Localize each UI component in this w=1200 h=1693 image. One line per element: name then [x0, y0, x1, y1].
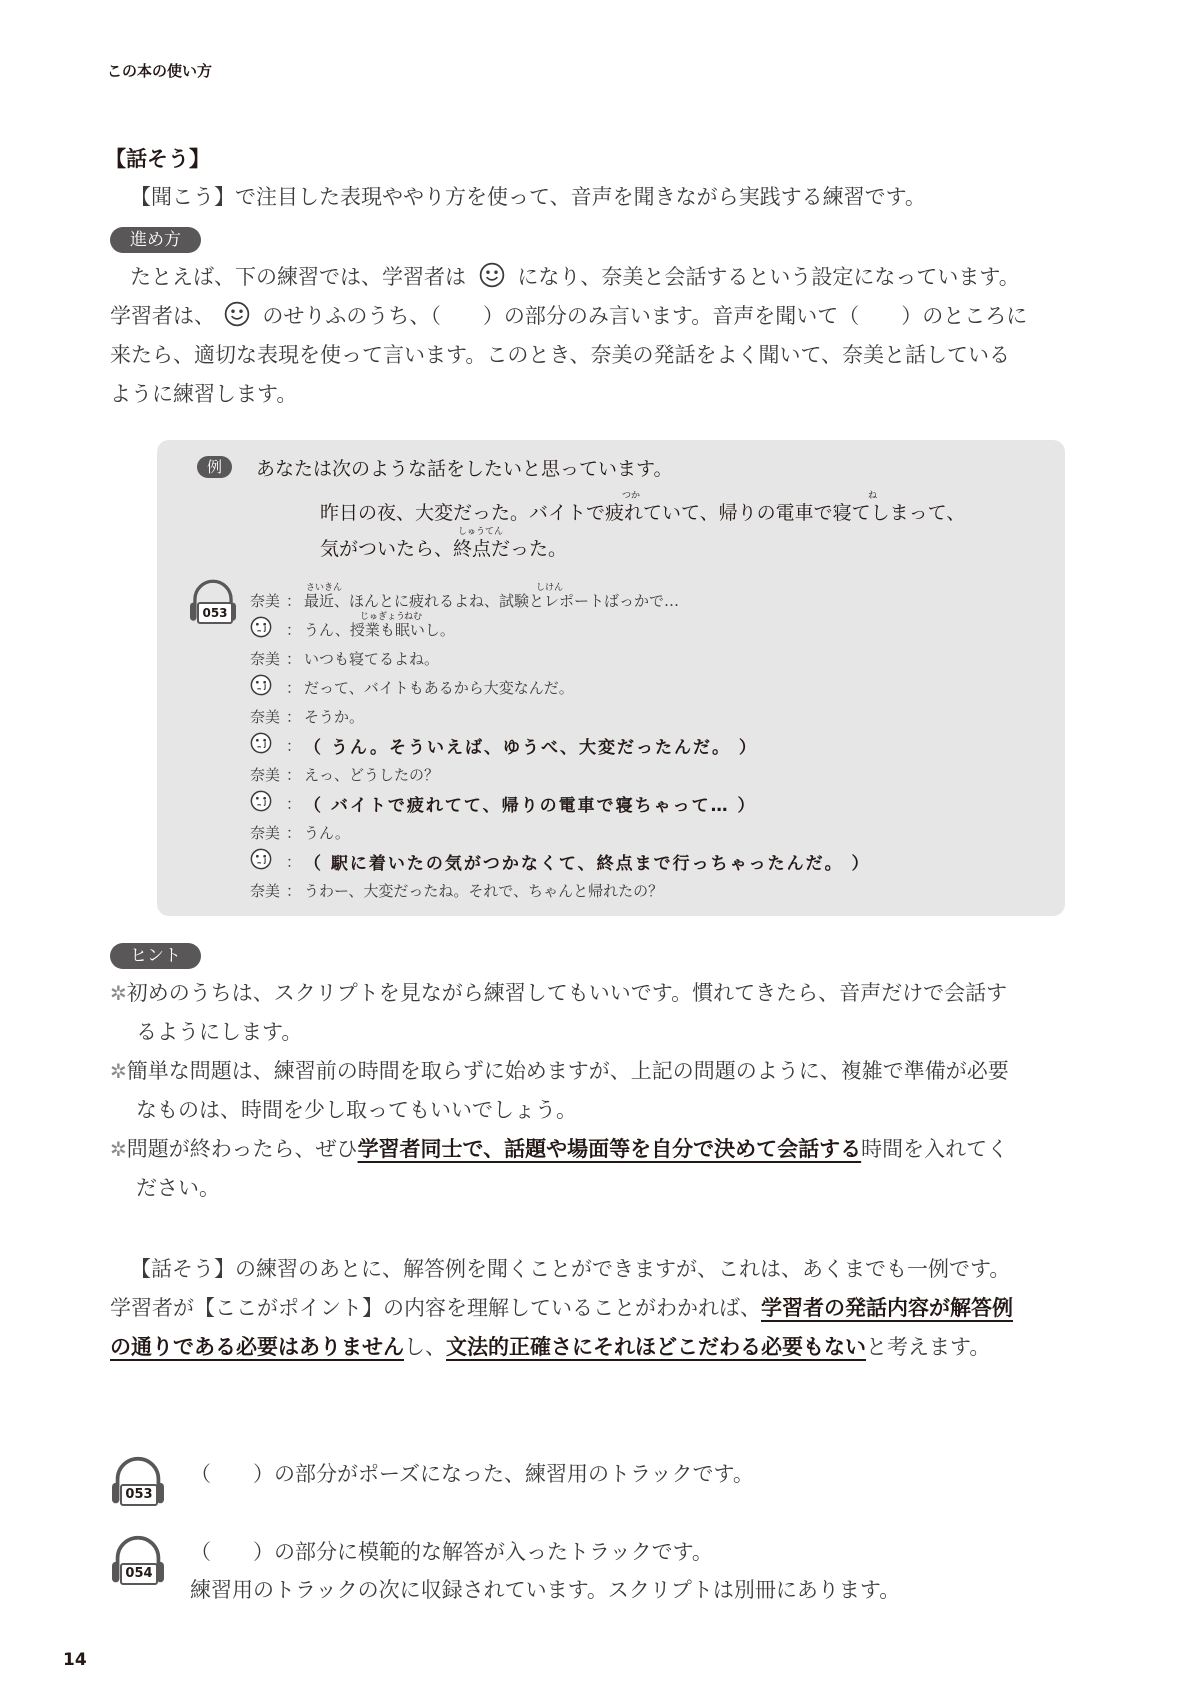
learner-face-icon	[250, 848, 272, 870]
hint-item-3: ✲問題が終わったら、ぜひ学習者同士で、話題や場面等を自分で決めて会話する時間を入…	[110, 1130, 1008, 1169]
colon: ：	[286, 851, 304, 872]
dialogue-text: いつも寝てるよね。	[304, 648, 439, 669]
track-053-audio-icon[interactable]: 053	[110, 1455, 166, 1507]
dialogue-line-answer: ： （ うん。そういえば、ゆうべ、大変だったんだ。 ）	[250, 731, 758, 759]
learner-face-icon	[250, 616, 272, 638]
procedure-line-1-before: たとえば、下の練習では、学習者は	[130, 265, 466, 289]
procedure-line-2-after: のせりふのうち、（ ）の部分のみ言います。音声を聞いて（ ）のところに	[262, 304, 1027, 328]
colon: ：	[286, 590, 304, 611]
dialogue-text: えっ、どうしたの？	[304, 764, 439, 785]
dialogue-line: 奈美 ： えっ、どうしたの？	[250, 760, 439, 788]
colon: ：	[286, 677, 304, 698]
answer-text: （ 駅に着いたの気がつかなくて、終点まで行っちゃったんだ。 ）	[304, 849, 871, 874]
ruby-tsuka: つか	[622, 488, 640, 501]
dialogue-text: だって、バイトもあるから大変なんだ。	[304, 677, 574, 698]
answer-text: （ うん。そういえば、ゆうべ、大変だったんだ。 ）	[304, 733, 758, 758]
colon: ：	[286, 619, 304, 640]
track-number: 054	[120, 1563, 158, 1585]
dialogue-line-answer: ： （ バイトで疲れてて、帰りの電車で寝ちゃって… ）	[250, 789, 757, 817]
track-054-description-2: 練習用のトラックの次に収録されています。スクリプトは別冊にあります。	[190, 1571, 900, 1609]
hint-text: 時間を入れてく	[861, 1137, 1008, 1161]
colon: ：	[286, 735, 304, 756]
procedure-line-3: 来たら、適切な表現を使って言います。このとき、奈美の発話をよく聞いて、奈美と話し…	[110, 336, 1010, 375]
example-intro: あなたは次のような話をしたいと思っています。	[256, 454, 672, 481]
speaker-nami: 奈美	[250, 706, 286, 727]
track-053-description: （ ）の部分がポーズになった、練習用のトラックです。	[190, 1455, 754, 1493]
flower-bullet-icon: ✲	[110, 981, 127, 1005]
hint-text: 初めのうちは、スクリプトを見ながら練習してもいいです。慣れてきたら、音声だけで会…	[127, 981, 1007, 1005]
note-line-1: 【話そう】の練習のあとに、解答例を聞くことができますが、これは、あくまでも一例で…	[130, 1250, 1010, 1289]
note-text: 学習者が【ここがポイント】の内容を理解していることがわかれば、	[110, 1296, 761, 1320]
note-text: し、	[404, 1335, 446, 1359]
dialogue-text: うん、授業も眠いし。	[304, 619, 455, 640]
hint-item-1: ✲初めのうちは、スクリプトを見ながら練習してもいいです。慣れてきたら、音声だけで…	[110, 974, 1007, 1013]
dialogue-text: うわー、大変だったね。それで、ちゃんと帰れたの？	[304, 880, 663, 901]
dialogue-line: 奈美 ： そうか。	[250, 702, 364, 730]
example-story-line-2: 気がついたら、終点だった。	[320, 534, 567, 561]
dialogue-line: ： だって、バイトもあるから大変なんだ。	[250, 673, 574, 701]
example-label: 例	[197, 456, 232, 478]
procedure-line-4: ように練習します。	[110, 375, 297, 414]
hint-item-2: ✲簡単な問題は、練習前の時間を取らずに始めますが、上記の問題のように、複雑で準備…	[110, 1052, 1009, 1091]
colon: ：	[286, 793, 304, 814]
track-054-audio-icon[interactable]: 054	[110, 1534, 166, 1586]
speaker-nami: 奈美	[250, 648, 286, 669]
speaker-nami: 奈美	[250, 764, 286, 785]
procedure-label: 進め方	[110, 227, 201, 253]
note-line-3: の通りである必要はありませんし、文法的正確さにそれほどこだわる必要もないと考えま…	[110, 1328, 990, 1367]
colon: ：	[286, 880, 304, 901]
procedure-line-2: 学習者は、 のせりふのうち、（ ）の部分のみ言います。音声を聞いて（ ）のところ…	[110, 297, 1027, 336]
procedure-line-1: たとえば、下の練習では、学習者は になり、奈美と会話するという設定になっています…	[130, 258, 1020, 297]
section-intro: 【聞こう】で注目した表現ややり方を使って、音声を聞きながら実践する練習です。	[130, 178, 926, 217]
dialogue-text: 最近、ほんとに疲れるよね、試験とレポートばっかで…	[304, 590, 679, 611]
dialogue-text: そうか。	[304, 706, 364, 727]
dialogue-line: 奈美 ： うわー、大変だったね。それで、ちゃんと帰れたの？	[250, 876, 663, 904]
track-054-description-1: （ ）の部分に模範的な解答が入ったトラックです。	[190, 1533, 713, 1571]
colon: ：	[286, 648, 304, 669]
note-emphasis: の通りである必要はありません	[110, 1335, 404, 1359]
learner-face-icon	[250, 674, 272, 696]
running-head: この本の使い方	[107, 60, 212, 81]
dialogue-line: 奈美 ： うん。	[250, 818, 350, 846]
colon: ：	[286, 764, 304, 785]
section-title: 【話そう】	[105, 143, 210, 173]
procedure-line-2-before: 学習者は、	[110, 304, 215, 328]
note-text: と考えます。	[866, 1335, 990, 1359]
colon: ：	[286, 706, 304, 727]
procedure-line-1-after: になり、奈美と会話するという設定になっています。	[517, 265, 1019, 289]
hint-item-1-cont: るようにします。	[136, 1013, 302, 1052]
hint-item-2-cont: なものは、時間を少し取ってもいいでしょう。	[136, 1091, 577, 1130]
speaker-nami: 奈美	[250, 590, 286, 611]
hint-item-3-cont: ださい。	[136, 1169, 220, 1208]
answer-text: （ バイトで疲れてて、帰りの電車で寝ちゃって… ）	[304, 791, 757, 816]
learner-face-icon	[250, 790, 272, 812]
hint-text: 問題が終わったら、ぜひ	[127, 1137, 358, 1161]
note-emphasis: 学習者の発話内容が解答例	[761, 1296, 1013, 1320]
track-number: 053	[197, 602, 233, 624]
learner-face-icon	[224, 301, 250, 327]
learner-face-icon	[250, 732, 272, 754]
example-story-line-1: 昨日の夜、大変だった。バイトで疲れていて、帰りの電車で寝てしまって、	[320, 498, 965, 525]
colon: ：	[286, 822, 304, 843]
ruby-shuuten: しゅうてん	[458, 524, 503, 537]
dialogue-text: うん。	[304, 822, 350, 843]
hint-text: 簡単な問題は、練習前の時間を取らずに始めますが、上記の問題のように、複雑で準備が…	[127, 1059, 1009, 1083]
hint-emphasis: 学習者同士で、話題や場面等を自分で決めて会話する	[358, 1137, 862, 1161]
hint-label: ヒント	[110, 943, 201, 969]
dialogue-line: 奈美 ： 最近、ほんとに疲れるよね、試験とレポートばっかで…	[250, 586, 679, 614]
flower-bullet-icon: ✲	[110, 1137, 127, 1161]
note-line-2: 学習者が【ここがポイント】の内容を理解していることがわかれば、学習者の発話内容が…	[110, 1289, 1013, 1328]
track-number: 053	[120, 1484, 158, 1506]
ruby-ne: ね	[868, 488, 877, 501]
dialogue-line: 奈美 ： いつも寝てるよね。	[250, 644, 439, 672]
speaker-nami: 奈美	[250, 822, 286, 843]
dialogue-line: ： うん、授業も眠いし。	[250, 615, 455, 643]
learner-face-icon	[479, 262, 505, 288]
track-053-audio-icon[interactable]: 053	[188, 578, 238, 624]
note-emphasis: 文法的正確さにそれほどこだわる必要もない	[446, 1335, 866, 1359]
flower-bullet-icon: ✲	[110, 1059, 127, 1083]
speaker-nami: 奈美	[250, 880, 286, 901]
dialogue-line-answer: ： （ 駅に着いたの気がつかなくて、終点まで行っちゃったんだ。 ）	[250, 847, 871, 875]
page-number: 14	[63, 1650, 87, 1670]
